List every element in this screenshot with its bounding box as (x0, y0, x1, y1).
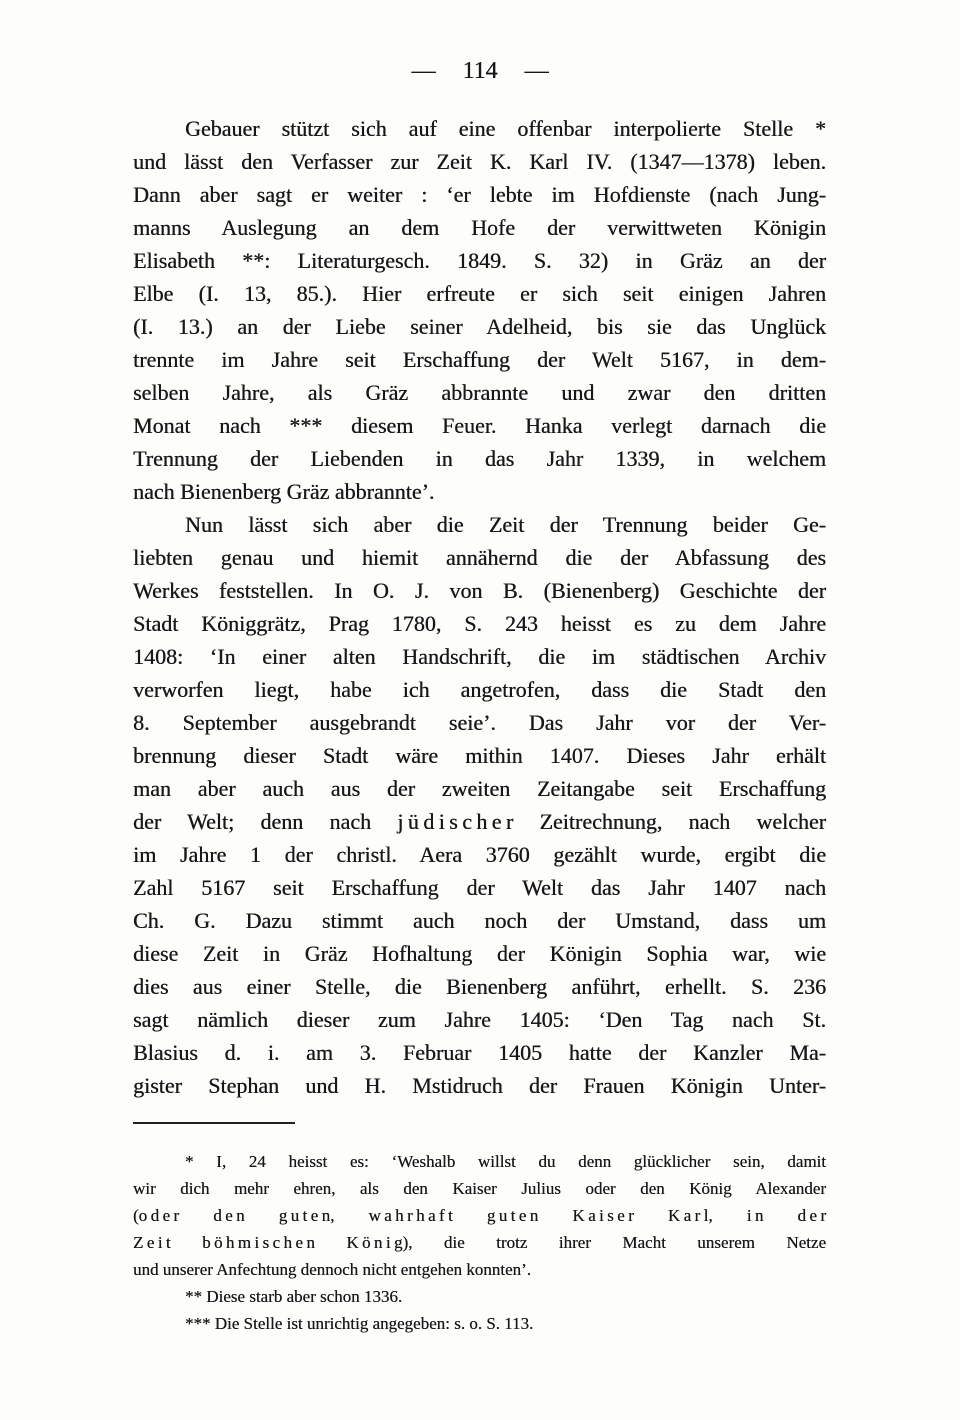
footnotes: * I, 24 heisst es: ‘Weshalb willst du de… (133, 1148, 826, 1337)
book-page: — 114 — Gebauer stützt sich auf eine off… (0, 0, 960, 1420)
text-line: Dann aber sagt er weiter : ‘er lebte im … (133, 178, 826, 211)
text-line: trennte im Jahre seit Erschaffung der We… (133, 343, 826, 376)
text-line: diese Zeit in Gräz Hofhaltung der Königi… (133, 937, 826, 970)
text-line: Gebauer stützt sich auf eine offenbar in… (133, 112, 826, 145)
footnote-separator-rule (133, 1122, 295, 1124)
text-line: und lässt den Verfasser zur Zeit K. Karl… (133, 145, 826, 178)
text-line: man aber auch aus der zweiten Zeitangabe… (133, 772, 826, 805)
text-line: (I. 13.) an der Liebe seiner Adelheid, b… (133, 310, 826, 343)
body-text: Gebauer stützt sich auf eine offenbar in… (133, 112, 826, 1102)
text-line: manns Auslegung an dem Hofe der verwittw… (133, 211, 826, 244)
text-line: Monat nach *** diesem Feuer. Hanka verle… (133, 409, 826, 442)
text-line: nach Bienenberg Gräz abbrannte’. (133, 475, 826, 508)
footnote-line: *** Die Stelle ist unrichtig angegeben: … (133, 1310, 826, 1337)
text-line: im Jahre 1 der christl. Aera 3760 gezähl… (133, 838, 826, 871)
text-line: 8. September ausgebrandt seie’. Das Jahr… (133, 706, 826, 739)
footnote-line: * I, 24 heisst es: ‘Weshalb willst du de… (133, 1148, 826, 1175)
page-number: 114 (462, 55, 497, 88)
text-line: selben Jahre, als Gräz abbrannte und zwa… (133, 376, 826, 409)
text-line: sagt nämlich dieser zum Jahre 1405: ‘Den… (133, 1003, 826, 1036)
text-line: Elbe (I. 13, 85.). Hier erfreute er sich… (133, 277, 826, 310)
text-line: 1408: ‘In einer alten Handschrift, die i… (133, 640, 826, 673)
footnote-line: (o d e r d e n g u t e n, w a h r h a f … (133, 1202, 826, 1229)
header-dash-right: — (525, 55, 549, 88)
footnote-line: und unserer Anfechtung dennoch nicht ent… (133, 1256, 826, 1283)
text-line: dies aus einer Stelle, die Bienenberg an… (133, 970, 826, 1003)
text-line: Trennung der Liebenden in das Jahr 1339,… (133, 442, 826, 475)
text-line: Zahl 5167 seit Erschaffung der Welt das … (133, 871, 826, 904)
text-line: Elisabeth **: Literaturgesch. 1849. S. 3… (133, 244, 826, 277)
text-line: Blasius d. i. am 3. Februar 1405 hatte d… (133, 1036, 826, 1069)
header-dash-left: — (411, 55, 435, 88)
text-line: Werkes feststellen. In O. J. von B. (Bie… (133, 574, 826, 607)
text-line: Nun lässt sich aber die Zeit der Trennun… (133, 508, 826, 541)
text-line: gister Stephan und H. Mstidruch der Frau… (133, 1069, 826, 1102)
footnote-line: Z e i t b ö h m i s c h e n K ö n i g), … (133, 1229, 826, 1256)
text-line: verworfen liegt, habe ich angetrofen, da… (133, 673, 826, 706)
footnote-line: wir dich mehr ehren, als den Kaiser Juli… (133, 1175, 826, 1202)
text-line: der Welt; denn nach j ü d i s c h e r Ze… (133, 805, 826, 838)
footnote-line: ** Diese starb aber schon 1336. (133, 1283, 826, 1310)
text-line: liebten genau und hiemit annähernd die d… (133, 541, 826, 574)
text-line: Ch. G. Dazu stimmt auch noch der Umstand… (133, 904, 826, 937)
text-line: brennung dieser Stadt wäre mithin 1407. … (133, 739, 826, 772)
page-header: — 114 — (0, 0, 960, 88)
text-line: Stadt Königgrätz, Prag 1780, S. 243 heis… (133, 607, 826, 640)
